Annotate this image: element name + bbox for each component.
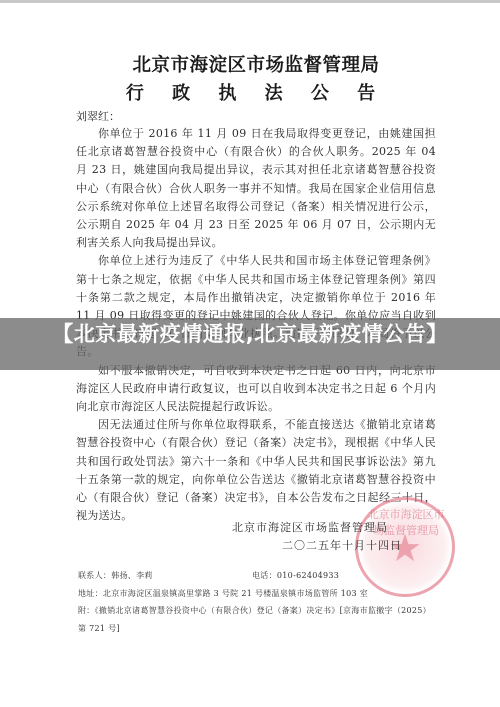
signature-agency: 北京市海淀区市场监督管理局 [232,519,432,535]
signature-date: 二〇二五年十月十四日 [282,537,442,553]
contacts: 联系人：韩扬、李莉 [78,570,153,581]
salutation: 刘翠红： [76,109,436,125]
phone: 电话：010-62404933 [252,570,339,581]
notice-document: 北京市海淀区市场监督管理局 行 政 执 法 公 告 刘翠红： 你单位于 2016… [76,50,436,525]
address: 地址：北京市海淀区温泉镇高里掌路 3 号院 21 号楼温泉镇市场监管所 103 … [78,588,368,599]
notice-title: 行 政 执 法 公 告 [76,81,436,107]
paragraph-registration: 你单位于 2016 年 11 月 09 日在我局取得变更登记，由姚建国担任北京诸… [76,125,436,252]
attachment-line-2: 第 721 号] [78,623,120,634]
page-top-edge [0,0,500,3]
attachment-line-1: 附：《撤销北京诸葛智慧谷投资中心（有限合伙）登记（备案）决定书》[京海市监撤字（… [78,605,431,616]
headline-text: 【北京最新疫情通报,北京最新疫情公告】 [0,322,500,346]
agency-title: 北京市海淀区市场监督管理局 [76,54,436,78]
